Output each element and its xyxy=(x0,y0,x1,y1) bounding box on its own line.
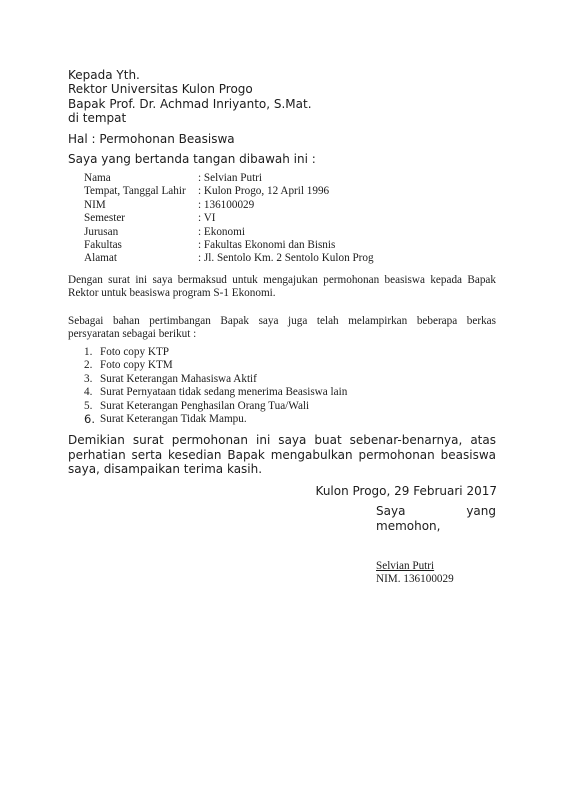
address-line: Bapak Prof. Dr. Achmad Inriyanto, S.Mat. xyxy=(68,97,312,111)
signer-name: Selvian Putri xyxy=(376,560,454,573)
info-row: Jurusan : Ekonomi xyxy=(84,226,374,239)
info-row: Tempat, Tanggal Lahir : Kulon Progo, 12 … xyxy=(84,185,374,198)
address-line: Rektor Universitas Kulon Progo xyxy=(68,82,312,96)
info-value: : Selvian Putri xyxy=(198,172,262,185)
info-label: Tempat, Tanggal Lahir xyxy=(84,185,198,198)
applicant-info: Nama : Selvian Putri Tempat, Tanggal Lah… xyxy=(84,172,374,266)
address-line: di tempat xyxy=(68,111,312,125)
signoff-word: Saya xyxy=(376,504,405,519)
list-number: 3. xyxy=(84,373,100,386)
letter-subject: Hal : Permohonan Beasiswa xyxy=(68,132,235,146)
paragraph-line: saya, disampaikan terima kasih. xyxy=(68,462,496,477)
list-item: 5. Surat Keterangan Penghasilan Orang Tu… xyxy=(84,400,347,413)
list-item: 1. Foto copy KTP xyxy=(84,346,347,359)
signoff-word: yang xyxy=(466,504,496,519)
list-item: 4. Surat Pernyataan tidak sedang menerim… xyxy=(84,386,347,399)
closing-paragraph: Demikian surat permohonan ini saya buat … xyxy=(68,433,496,477)
requirements-list: 1. Foto copy KTP 2. Foto copy KTM 3. Sur… xyxy=(84,346,347,426)
info-value: : VI xyxy=(198,212,216,225)
paragraph-line: Dengan surat ini saya bermaksud untuk me… xyxy=(68,274,496,287)
info-value: : Kulon Progo, 12 April 1996 xyxy=(198,185,329,198)
list-number: 4. xyxy=(84,386,100,399)
list-text: Surat Keterangan Penghasilan Orang Tua/W… xyxy=(100,400,309,413)
signoff: Saya yang memohon, xyxy=(376,504,496,533)
list-item: 3. Surat Keterangan Mahasiswa Aktif xyxy=(84,373,347,386)
paragraph-line: Demikian surat permohonan ini saya buat … xyxy=(68,433,496,448)
list-text: Surat Keterangan Mahasiswa Aktif xyxy=(100,373,257,386)
list-text: Foto copy KTP xyxy=(100,346,169,359)
list-text: Foto copy KTM xyxy=(100,359,173,372)
signer-block: Selvian Putri NIM. 136100029 xyxy=(376,560,454,587)
list-item: 2. Foto copy KTM xyxy=(84,359,347,372)
info-label: Alamat xyxy=(84,252,198,265)
signoff-line: memohon, xyxy=(376,519,496,534)
address-line: Kepada Yth. xyxy=(68,68,312,82)
info-row: Fakultas : Fakultas Ekonomi dan Bisnis xyxy=(84,239,374,252)
list-text: Surat Pernyataan tidak sedang menerima B… xyxy=(100,386,347,399)
info-label: Jurusan xyxy=(84,226,198,239)
paragraph-line: perhatian serta kesedian Bapak mengabulk… xyxy=(68,448,496,463)
info-label: Fakultas xyxy=(84,239,198,252)
paragraph-line: Rektor untuk beasiswa program S-1 Ekonom… xyxy=(68,287,496,300)
info-value: : Fakultas Ekonomi dan Bisnis xyxy=(198,239,335,252)
list-number: 2. xyxy=(84,359,100,372)
letter-date: Kulon Progo, 29 Februari 2017 xyxy=(316,484,497,498)
info-value: : Jl. Sentolo Km. 2 Sentolo Kulon Prog xyxy=(198,252,374,265)
paragraph-line: persyaratan sebagai berikut : xyxy=(68,328,496,341)
info-row: Semester : VI xyxy=(84,212,374,225)
list-number: 1. xyxy=(84,346,100,359)
attachments-paragraph: Sebagai bahan pertimbangan Bapak saya ju… xyxy=(68,315,496,342)
info-value: : Ekonomi xyxy=(198,226,245,239)
recipient-address: Kepada Yth. Rektor Universitas Kulon Pro… xyxy=(68,68,312,125)
info-row: Alamat : Jl. Sentolo Km. 2 Sentolo Kulon… xyxy=(84,252,374,265)
info-label: Semester xyxy=(84,212,198,225)
list-text: Surat Keterangan Tidak Mampu. xyxy=(100,413,247,426)
signoff-line: Saya yang xyxy=(376,504,496,519)
intro-line: Saya yang bertanda tangan dibawah ini : xyxy=(68,152,316,166)
info-label: NIM xyxy=(84,199,198,212)
list-number: 6. xyxy=(84,413,100,426)
purpose-paragraph: Dengan surat ini saya bermaksud untuk me… xyxy=(68,274,496,301)
signer-nim: NIM. 136100029 xyxy=(376,573,454,586)
list-item: 6. Surat Keterangan Tidak Mampu. xyxy=(84,413,347,426)
paragraph-line: Sebagai bahan pertimbangan Bapak saya ju… xyxy=(68,315,496,328)
info-row: NIM : 136100029 xyxy=(84,199,374,212)
list-number: 5. xyxy=(84,400,100,413)
info-value: : 136100029 xyxy=(198,199,254,212)
info-label: Nama xyxy=(84,172,198,185)
info-row: Nama : Selvian Putri xyxy=(84,172,374,185)
